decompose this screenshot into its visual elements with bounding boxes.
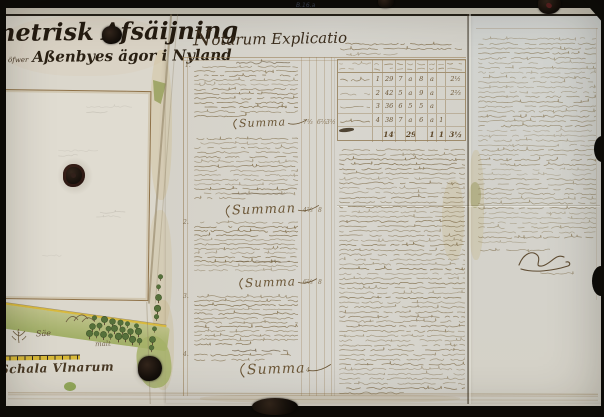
photo-background-left <box>0 0 6 417</box>
map-border-frame <box>0 89 151 301</box>
photo-corner-triangle <box>583 0 604 24</box>
table-header-cell <box>396 60 406 72</box>
table-sum-cell <box>416 127 428 142</box>
bottom-rule <box>8 392 598 395</box>
table-sum-cell: 1 <box>437 127 446 142</box>
wax-seal-top <box>378 0 394 8</box>
summa-line-4: Summa <box>236 359 333 378</box>
title-prefix-word: öfwer <box>8 56 28 64</box>
signature-flourish <box>516 248 572 272</box>
bottom-rule <box>8 394 598 397</box>
table-value-cell: a <box>428 87 438 100</box>
table-value-cell: 2½ <box>446 73 465 86</box>
tree-icon <box>148 351 155 360</box>
wax-seal-right-edge <box>592 266 604 296</box>
map-faint-marks <box>96 210 126 218</box>
page-gap <box>467 14 469 404</box>
entry-number: 1. <box>185 62 191 69</box>
table-value-cell: 5 <box>406 100 416 113</box>
archival-survey-map-photo: Schala Vlnarum Säe malt metrisk Afsäijni… <box>0 0 604 417</box>
tree-icon <box>86 324 93 333</box>
tree-icon <box>153 307 160 316</box>
map-faint-marks <box>86 104 132 114</box>
table-value-cell: a <box>428 114 438 127</box>
table-value-cell: a <box>406 87 416 100</box>
under-signature-line <box>540 270 574 276</box>
table-value-cell <box>437 87 446 100</box>
notarum-entry-block <box>194 220 298 272</box>
tree-icon <box>100 325 107 334</box>
tree-icon <box>148 338 155 347</box>
right-page-top-rule <box>476 28 598 29</box>
wax-seal-bottom-center <box>252 398 298 415</box>
table-header-cell <box>416 60 428 72</box>
right-column-text-block <box>339 147 465 395</box>
swash-tail-icon <box>306 362 332 373</box>
table-value-cell <box>446 114 465 127</box>
meadow-wedge <box>153 80 166 104</box>
table-value-cell: 1 <box>373 73 383 86</box>
summa-line-1: Summa <box>230 115 309 131</box>
seal-red-mark <box>545 2 553 9</box>
tree-icon <box>136 331 143 340</box>
marginal-value: 4 <box>306 367 310 374</box>
date-line <box>480 246 550 253</box>
ruled-line <box>324 57 325 396</box>
table-row: 336655a <box>338 100 465 114</box>
summary-table: 1297a8a2½2425a9a2⅔336655a4387a6a11472911… <box>337 59 466 141</box>
table-header-row <box>338 60 465 73</box>
marginal-value: 6⅔ <box>303 279 313 286</box>
swash-icon <box>230 118 238 130</box>
swash-icon <box>222 204 231 218</box>
swash-icon <box>236 277 244 290</box>
ruled-line <box>183 57 184 396</box>
scale-bar <box>2 354 80 360</box>
table-row: 1297a8a2½ <box>338 73 465 87</box>
seal-halo <box>57 157 93 195</box>
table-value-cell <box>437 100 446 113</box>
marginal-value: 8 <box>318 279 322 286</box>
table-value-cell: 9 <box>416 87 428 100</box>
table-header-cell <box>446 60 465 72</box>
tree-icon <box>155 288 162 297</box>
scale-label: Schala Vlnarum <box>0 360 114 377</box>
table-name-cell <box>338 87 373 100</box>
subheading-script <box>232 189 290 197</box>
notarum-entry-block <box>194 64 298 118</box>
decorative-sprig <box>10 328 28 344</box>
stain <box>442 180 464 260</box>
ruled-line <box>309 57 310 396</box>
stain <box>468 150 484 260</box>
table-name-cell <box>338 127 373 142</box>
marginal-value: 7⅓ <box>303 119 313 126</box>
seal-center-dot <box>71 173 76 178</box>
table-value-cell <box>446 100 465 113</box>
tree-column-map-edge <box>152 266 168 362</box>
table-header-cell <box>437 60 446 72</box>
table-sum-cell: 29 <box>406 127 416 142</box>
ruled-line <box>301 57 302 396</box>
table-sum-cell: 147 <box>383 127 396 142</box>
marginal-value: 3½ <box>326 119 336 126</box>
tree-icon <box>151 319 158 328</box>
table-value-cell: 2 <box>373 87 383 100</box>
table-value-cell: 36 <box>383 100 396 113</box>
entry-number: 4. <box>183 351 189 358</box>
subheading-script <box>236 58 294 66</box>
table-row: 4387a6a1 <box>338 114 465 128</box>
entry-number: 3. <box>183 293 189 300</box>
table-name-cell <box>338 100 373 113</box>
table-value-cell: 42 <box>383 87 396 100</box>
table-value-cell: 7 <box>396 73 406 86</box>
table-value-cell: 4 <box>373 114 383 127</box>
bottom-rule <box>8 398 598 401</box>
table-value-cell: a <box>406 114 416 127</box>
table-header-cell <box>428 60 438 72</box>
table-value-cell: 29 <box>383 73 396 86</box>
marginal-value: 4⅔ <box>303 207 313 214</box>
place-name: Säe <box>36 329 51 339</box>
right-text-page <box>468 15 601 404</box>
table-value-cell: 8 <box>416 73 428 86</box>
table-value-cell: a <box>428 100 438 113</box>
table-sum-row: 14729113½ <box>338 127 465 142</box>
table-name-cell <box>338 114 373 127</box>
fold-crease <box>334 58 335 396</box>
ruled-line <box>187 57 188 396</box>
marginal-value: 8 <box>318 207 322 214</box>
table-value-cell: 5 <box>416 100 428 113</box>
table-sum-cell <box>396 127 406 142</box>
table-header-cell <box>373 60 383 72</box>
fold-crease <box>337 205 600 206</box>
fold-crease-highlight <box>337 206 600 207</box>
wax-seal-right-edge <box>594 136 604 162</box>
right-page-text-block <box>478 36 596 244</box>
notarum-entry-block <box>194 136 298 200</box>
tree-icon <box>155 277 162 286</box>
document-title-line1: metrisk Afsäijning <box>0 16 190 47</box>
notarum-explicatio-header: Notarum Explicatio <box>190 24 350 51</box>
table-header-cell <box>338 60 373 72</box>
table-header-cell <box>406 60 416 72</box>
place-name: malt <box>95 340 111 349</box>
table-value-cell: 1 <box>437 114 446 127</box>
swash-icon <box>236 362 247 378</box>
entry-number: 2. <box>183 219 189 226</box>
archive-annotation: B.16.a <box>296 2 315 9</box>
bush-sprig <box>64 382 76 391</box>
tree-row <box>86 320 148 338</box>
table-row: 2425a9a2⅔ <box>338 87 465 101</box>
map-faint-marks <box>58 148 98 157</box>
ruled-line <box>316 57 317 396</box>
ruled-line <box>331 57 332 396</box>
table-value-cell: 7 <box>396 114 406 127</box>
mat-edge-line <box>6 14 601 16</box>
table-value-cell <box>437 73 446 86</box>
right-page-margin-rule <box>596 28 597 300</box>
table-sum-cell <box>373 127 383 142</box>
table-value-cell: 6 <box>396 100 406 113</box>
table-header-cell <box>383 60 396 72</box>
table-value-cell: 3 <box>373 100 383 113</box>
handwritten-note-above-table <box>340 41 462 56</box>
table-value-cell: 5 <box>396 87 406 100</box>
table-value-cell: a <box>428 73 438 86</box>
stain <box>200 394 460 403</box>
table-value-cell: a <box>406 73 416 86</box>
wax-seal-top-right <box>538 0 561 14</box>
subheading-script <box>236 257 290 265</box>
stain <box>150 50 172 200</box>
map-faint-marks <box>42 252 68 258</box>
wax-seal-map <box>63 164 85 187</box>
table-value-cell: 38 <box>383 114 396 127</box>
table-value-cell: 2⅔ <box>446 87 465 100</box>
page-gap-highlight <box>469 14 471 404</box>
photo-background-bottom <box>0 406 604 417</box>
notarum-entry-block <box>194 294 298 346</box>
stain <box>469 182 481 208</box>
table-sum-cell: 1 <box>428 127 438 142</box>
subheading-script <box>232 346 288 354</box>
table-sum-cell: 3½ <box>446 127 465 142</box>
table-value-cell: 6 <box>416 114 428 127</box>
table-name-cell <box>338 73 373 86</box>
tree-icon <box>157 267 164 276</box>
